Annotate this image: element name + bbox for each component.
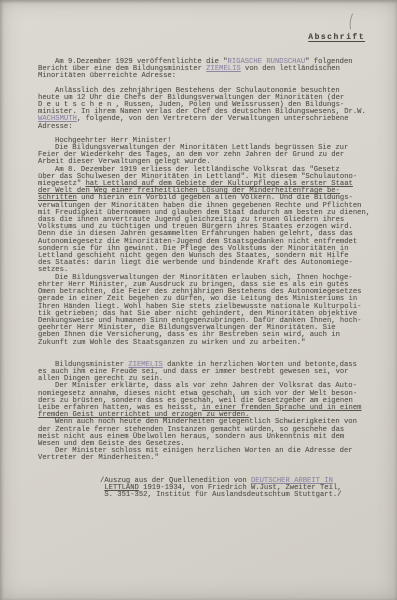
paragraph: Am 8. Dezember 1919 erliess der lettländ… — [38, 167, 382, 275]
document-page: Abschrift Am 9.Dezember 1929 veröffentli… — [0, 0, 397, 600]
paragraph: Wenn auch noch heute den Minderheiten ge… — [38, 419, 382, 448]
emphasized-text: ZIEMELIS — [206, 65, 241, 73]
paragraph: Der Minister schloss mit einigen herzlic… — [38, 448, 382, 462]
paragraph: Der Minister erklärte, dass als vor zehn… — [38, 383, 382, 419]
paragraph: Die Bildungsverwaltungen der Minoritäten… — [38, 145, 382, 167]
text-line: WACHSMUTH, folgende, von den Vertretern … — [38, 116, 382, 123]
text-line: Vertreter der Minderheiten." — [38, 455, 382, 462]
text-segment: Zukunft zum Wohle des Staatsganzen zu wi… — [38, 339, 305, 347]
text-segment: von den lettländischen — [241, 65, 340, 73]
citation-block: /Auszug aus der Quellenedition von DEUTS… — [100, 478, 382, 500]
document-body: Am 9.Dezember 1929 veröffentlichte die "… — [38, 52, 382, 499]
text-segment: Vertreter der Minderheiten." — [38, 454, 159, 462]
document-title: Abschrift — [308, 33, 365, 42]
text-segment: des Staates: darin liegt die werbende un… — [38, 259, 353, 267]
paragraph: Anlässlich des zehnjährigen Bestehens de… — [38, 88, 382, 131]
text-segment: , folgende, von den Vertretern der Verwa… — [77, 115, 349, 123]
paragraph: Am 9.Dezember 1929 veröffentlichte die "… — [38, 59, 382, 81]
paragraph: Bildungsminister ZIEMELIS dankte in herz… — [38, 362, 382, 384]
text-line: Minoritäten überreichte Adresse: — [38, 73, 382, 80]
text-line: Zukunft zum Wohle des Staatsganzen zu wi… — [38, 340, 382, 347]
document-header: Abschrift — [308, 26, 365, 44]
text-segment: Adresse: — [38, 123, 73, 131]
text-line: des Staates: darin liegt die werbende un… — [38, 260, 382, 267]
text-line: Adresse: — [38, 124, 382, 131]
text-segment: Minoritäten überreichte Adresse: — [38, 72, 176, 80]
text-segment: S. 351-352, Institut für Auslandsdeutsch… — [100, 491, 342, 499]
text-line: S. 351-352, Institut für Auslandsdeutsch… — [100, 492, 382, 499]
paragraph: Die Bildungsverwaltungen der Minoritäten… — [38, 275, 382, 347]
